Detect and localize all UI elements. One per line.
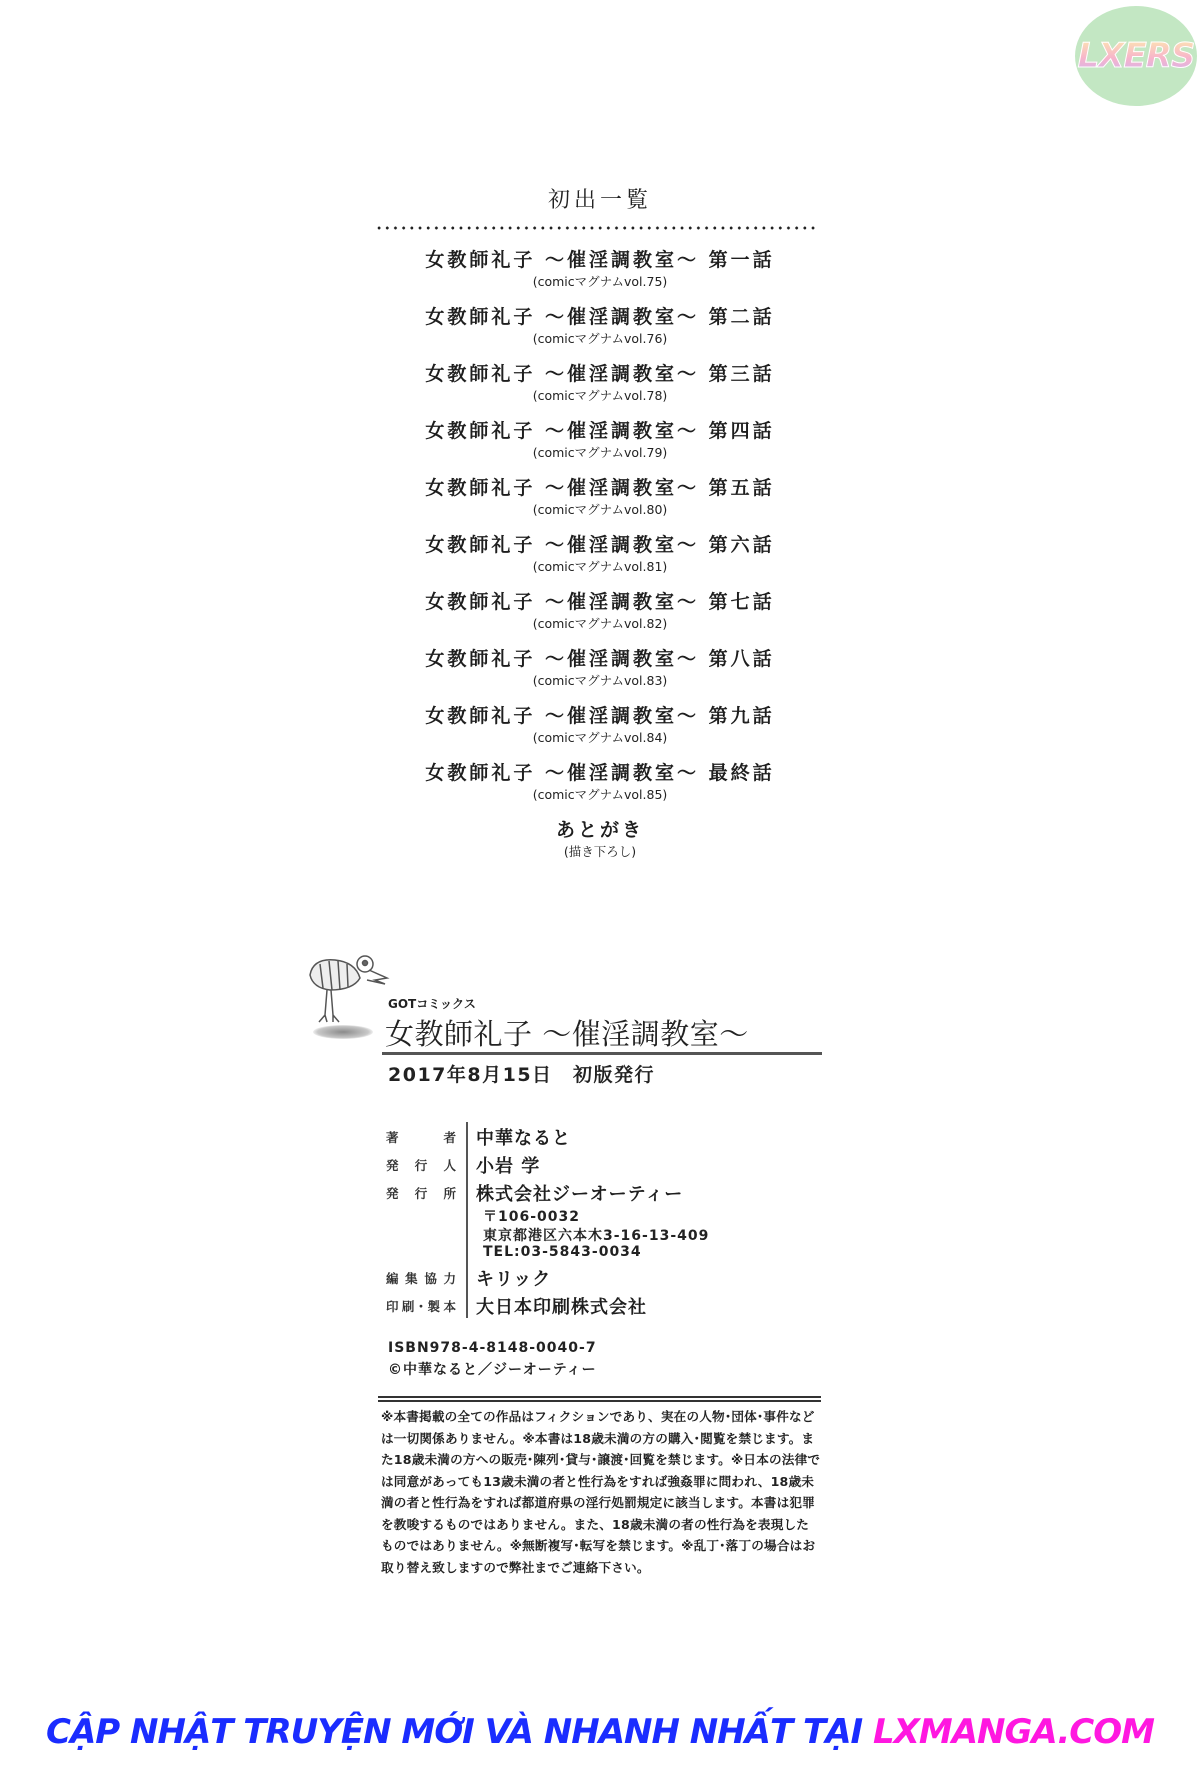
toc-item-afterword: あとがき (描き下ろし) <box>0 816 1200 873</box>
imprint-label: GOTコミックス <box>388 995 476 1012</box>
row-label: 著者 <box>386 1128 456 1146</box>
isbn: ISBN978-4-8148-0040-7 <box>388 1340 597 1356</box>
copyright: ©中華なると／ジーオーティー <box>388 1359 597 1379</box>
toc-item: 女教師礼子 ～催淫調教室～ 第八話 (comicマグナムvol.83) <box>0 645 1200 702</box>
toc-item: 女教師礼子 ～催淫調教室～ 第六話 (comicマグナムvol.81) <box>0 531 1200 588</box>
double-rule-bottom <box>378 1400 821 1402</box>
toc-item: 女教師礼子 ～催淫調教室～ 第一話 (comicマグナムvol.75) <box>0 246 1200 303</box>
row-label: 印刷･製本 <box>386 1297 456 1315</box>
watermark-logo: LXERS <box>1075 6 1197 106</box>
address: 東京都港区六本木3-16-13-409 <box>483 1225 709 1245</box>
toc-item-source: (comicマグナムvol.81) <box>0 559 1200 575</box>
double-rule-top <box>378 1396 821 1398</box>
toc-item-title: 女教師礼子 ～催淫調教室～ 第四話 <box>0 417 1200 445</box>
title-rule <box>382 1052 822 1055</box>
toc-item-source: (comicマグナムvol.75) <box>0 274 1200 290</box>
banner-text: CẬP NHẬT TRUYỆN MỚI VÀ NHANH NHẤT TẠI <box>46 1712 873 1752</box>
toc-item-title: 女教師礼子 ～催淫調教室～ 第六話 <box>0 531 1200 559</box>
toc-item-title: 女教師礼子 ～催淫調教室～ 第一話 <box>0 246 1200 274</box>
toc-item-source: (描き下ろし) <box>0 844 1200 860</box>
colophon-divider <box>466 1122 468 1318</box>
toc-item-source: (comicマグナムvol.79) <box>0 445 1200 461</box>
dotted-divider <box>375 226 815 230</box>
toc-item-title: あとがき <box>0 816 1200 844</box>
toc-item-title: 女教師礼子 ～催淫調教室～ 第二話 <box>0 303 1200 331</box>
toc-item-title: 女教師礼子 ～催淫調教室～ 第三話 <box>0 360 1200 388</box>
toc-item-source: (comicマグナムvol.82) <box>0 616 1200 632</box>
telephone: TEL:03-5843-0034 <box>483 1244 642 1260</box>
toc-item: 女教師礼子 ～催淫調教室～ 第三話 (comicマグナムvol.78) <box>0 360 1200 417</box>
toc-item: 女教師礼子 ～催淫調教室～ 第四話 (comicマグナムvol.79) <box>0 417 1200 474</box>
toc-item-source: (comicマグナムvol.85) <box>0 787 1200 803</box>
publication-date: 2017年8月15日 初版発行 <box>388 1060 655 1087</box>
toc-title: 初出一覧 <box>0 183 1200 214</box>
toc-item: 女教師礼子 ～催淫調教室～ 第五話 (comicマグナムvol.80) <box>0 474 1200 531</box>
toc-item-title: 女教師礼子 ～催淫調教室～ 最終話 <box>0 759 1200 787</box>
row-value: キリック <box>476 1265 551 1291</box>
toc-item: 女教師礼子 ～催淫調教室～ 第九話 (comicマグナムvol.84) <box>0 702 1200 759</box>
toc-item-source: (comicマグナムvol.80) <box>0 502 1200 518</box>
toc-item: 女教師礼子 ～催淫調教室～ 第七話 (comicマグナムvol.82) <box>0 588 1200 645</box>
row-label: 編集協力 <box>386 1269 456 1287</box>
toc-item-title: 女教師礼子 ～催淫調教室～ 第五話 <box>0 474 1200 502</box>
banner-site-link[interactable]: LXMANGA.COM <box>873 1712 1154 1752</box>
row-value: 小岩 学 <box>476 1152 540 1178</box>
row-value: 株式会社ジーオーティー <box>476 1180 683 1206</box>
legal-notice: ※本書掲載の全ての作品はフィクションであり、実在の人物･団体･事件などは一切関係… <box>381 1406 821 1578</box>
row-value: 中華なると <box>476 1124 571 1150</box>
toc-item-source: (comicマグナムvol.84) <box>0 730 1200 746</box>
toc-item-source: (comicマグナムvol.76) <box>0 331 1200 347</box>
row-label: 発行人 <box>386 1156 456 1174</box>
mascot-shadow <box>313 1025 373 1039</box>
row-label: 発行所 <box>386 1184 456 1202</box>
toc-item: 女教師礼子 ～催淫調教室～ 最終話 (comicマグナムvol.85) <box>0 759 1200 816</box>
watermark-text: LXERS <box>1075 36 1197 76</box>
toc-item-title: 女教師礼子 ～催淫調教室～ 第七話 <box>0 588 1200 616</box>
toc-item-source: (comicマグナムvol.78) <box>0 388 1200 404</box>
row-value: 大日本印刷株式会社 <box>476 1293 647 1319</box>
toc-list: 女教師礼子 ～催淫調教室～ 第一話 (comicマグナムvol.75) 女教師礼… <box>0 246 1200 873</box>
toc-item-title: 女教師礼子 ～催淫調教室～ 第八話 <box>0 645 1200 673</box>
postal-code: 〒106-0032 <box>483 1206 580 1226</box>
toc-item-source: (comicマグナムvol.83) <box>0 673 1200 689</box>
bird-mascot-icon <box>305 950 395 1030</box>
toc-item-title: 女教師礼子 ～催淫調教室～ 第九話 <box>0 702 1200 730</box>
promo-banner: CẬP NHẬT TRUYỆN MỚI VÀ NHANH NHẤT TẠI LX… <box>0 1712 1200 1752</box>
book-title: 女教師礼子 ～催淫調教室～ <box>385 1012 749 1053</box>
toc-item: 女教師礼子 ～催淫調教室～ 第二話 (comicマグナムvol.76) <box>0 303 1200 360</box>
